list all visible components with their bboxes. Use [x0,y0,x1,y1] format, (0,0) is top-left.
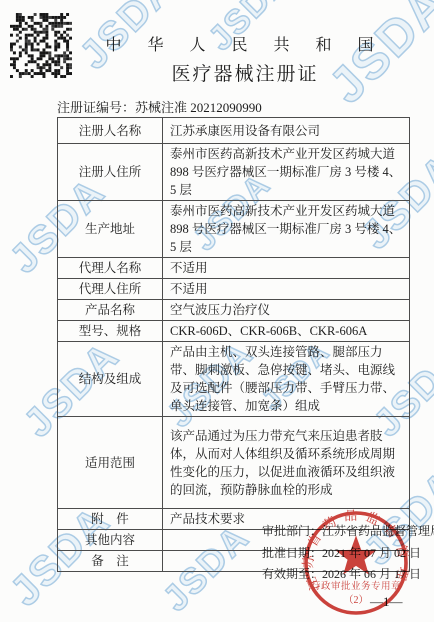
row-label: 注册人名称 [58,118,163,144]
row-label: 适用范围 [58,417,163,509]
seal-title-text: 行政审批业务专用章 [311,580,401,592]
row-value: 泰州市医药高新技术产业开发区药城大道 898 号医疗器械区一期标准厂房 3 号楼… [163,144,410,201]
seal-number-text: （2） [344,594,369,606]
row-label: 代理人住所 [58,279,163,300]
seal-star-icon [335,535,376,574]
table-row: 代理人住所不适用 [58,279,410,300]
certificate-table: 注册人名称江苏承康医用设备有限公司注册人住所泰州市医药高新技术产业开发区药城大道… [57,117,410,572]
row-value: 产品由主机、双头连接管路、腿部压力带、脚刺激板、急停按键、堵头、电源线及可选配件… [163,342,410,417]
row-value: CKR-606D、CKR-606B、CKR-606A [163,321,410,342]
row-value: 该产品通过为压力带充气来压迫患者肢体，从而对人体组织及循环系统形成周期性变化的压… [163,417,410,509]
row-label: 产品名称 [58,300,163,321]
row-label: 代理人名称 [58,258,163,279]
row-label: 备 注 [58,551,163,572]
qr-code-icon [10,13,72,78]
table-row: 适用范围该产品通过为压力带充气来压迫患者肢体，从而对人体组织及循环系统形成周期性… [58,417,410,509]
registration-number: 注册证编号：苏械注准 20212090990 [57,97,262,116]
table-row: 生产地址泰州市医药高新技术产业开发区药城大道 898 号医疗器械区一期标准厂房 … [58,201,410,258]
row-label: 生产地址 [58,201,163,258]
certificate-page: JSDAJSDAJSDAJSDAJSDAJSDAJSDAJSDAJSDAJSDA… [0,0,434,622]
table-row: 型号、规格CKR-606D、CKR-606B、CKR-606A [58,321,410,342]
row-value: 空气波压力治疗仪 [163,300,410,321]
row-value: 泰州市医药高新技术产业开发区药城大道 898 号医疗器械区一期标准厂房 3 号楼… [163,201,410,258]
row-value: 江苏承康医用设备有限公司 [163,118,410,144]
table-row: 代理人名称不适用 [58,258,410,279]
certificate-table-body: 注册人名称江苏承康医用设备有限公司注册人住所泰州市医药高新技术产业开发区药城大道… [58,118,410,572]
row-label: 注册人住所 [58,144,163,201]
table-row: 结构及组成产品由主机、双头连接管路、腿部压力带、脚刺激板、急停按键、堵头、电源线… [58,342,410,417]
official-seal: 江苏省药品监督管理局 行政审批业务专用章 （2） [298,505,414,621]
registration-number-label: 注册证编号： [57,100,135,115]
title-country: 中 华 人 民 共 和 国 [90,32,400,55]
table-row: 注册人住所泰州市医药高新技术产业开发区药城大道 898 号医疗器械区一期标准厂房… [58,144,410,201]
row-label: 型号、规格 [58,321,163,342]
table-row: 产品名称空气波压力治疗仪 [58,300,410,321]
row-label: 附 件 [58,509,163,530]
row-value: 不适用 [163,258,410,279]
table-row: 注册人名称江苏承康医用设备有限公司 [58,118,410,144]
row-label: 其他内容 [58,530,163,551]
row-label: 结构及组成 [58,342,163,417]
row-value: 不适用 [163,279,410,300]
title-certificate: 医疗器械注册证 [90,59,400,86]
certificate-title: 中 华 人 民 共 和 国 医疗器械注册证 [90,32,400,86]
registration-number-value: 苏械注准 20212090990 [135,100,262,115]
